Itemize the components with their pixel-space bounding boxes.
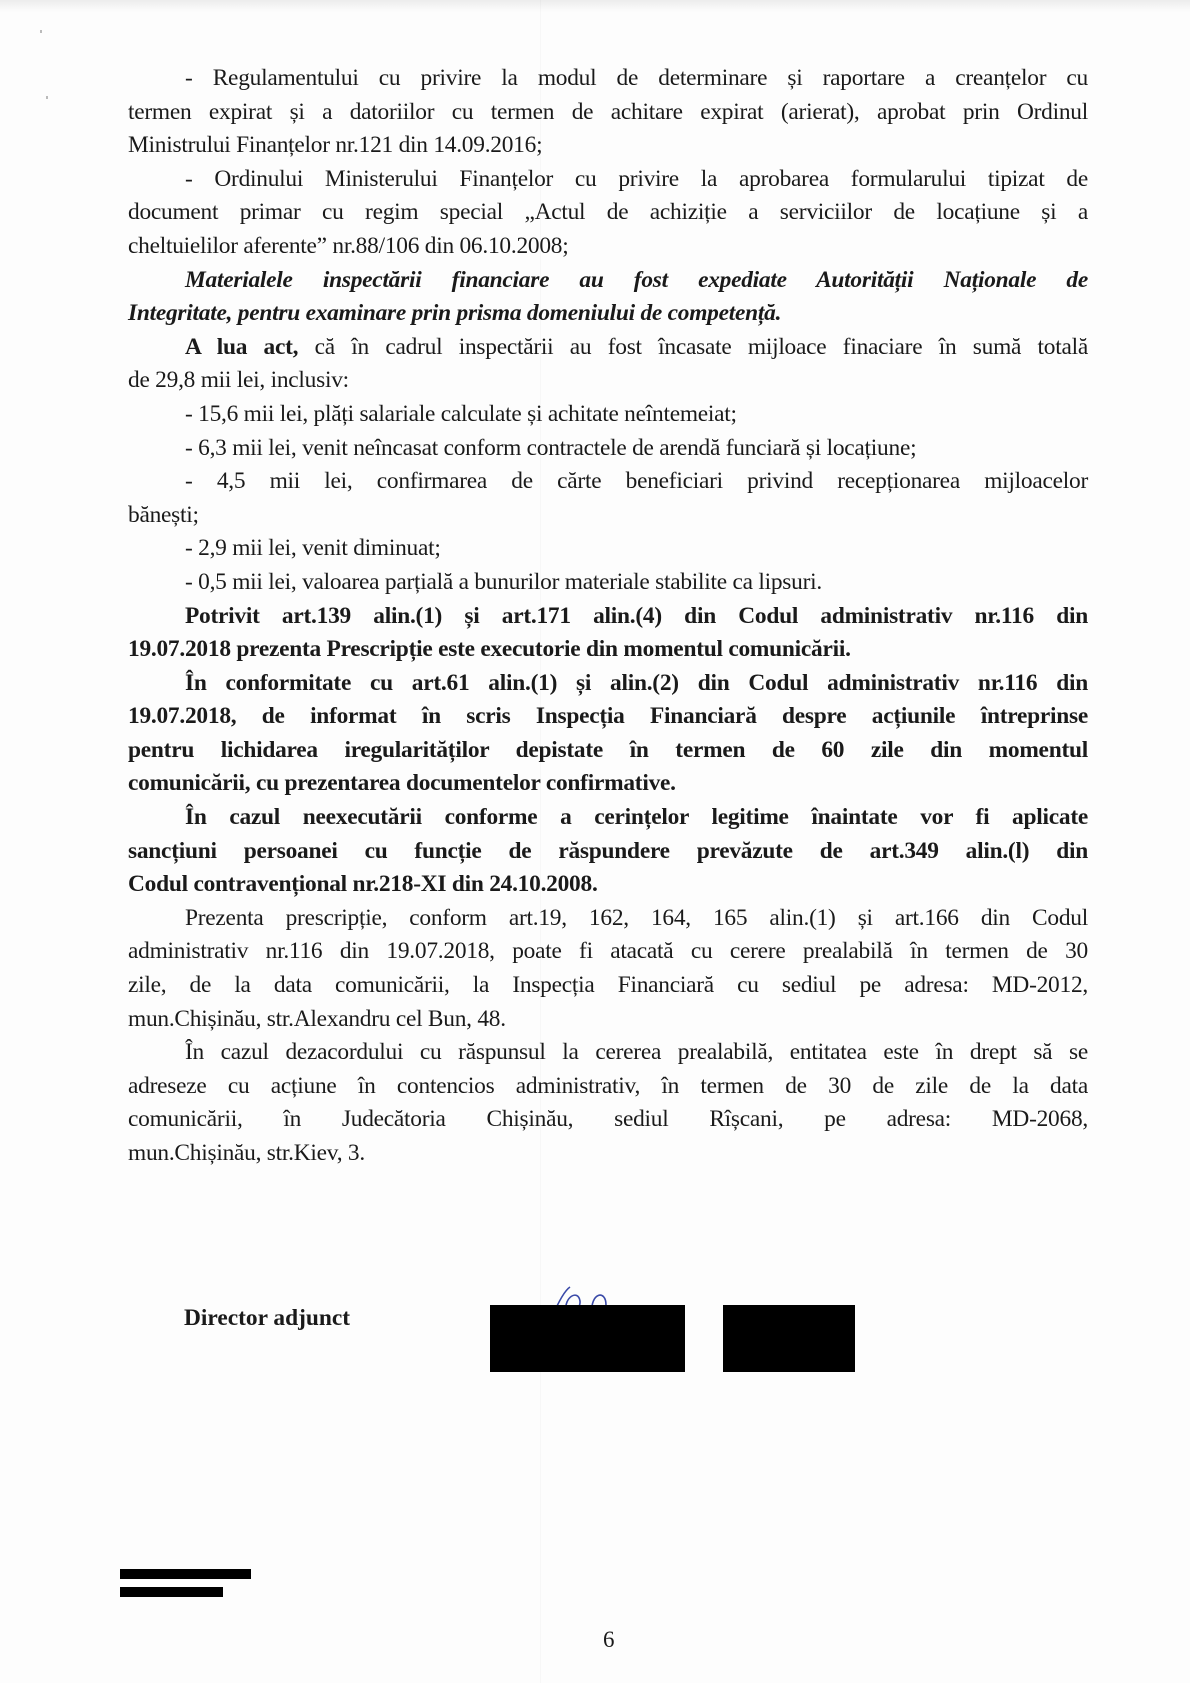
text-line: - 6,3 mii lei, venit neîncasat conform c… [128,432,1088,466]
text-line: - Ordinului Ministerului Finanțelor cu p… [128,163,1088,197]
text-line: pentru lichidarea iregularităților depis… [128,734,1088,768]
text-line: document primar cu regim special „Actul … [128,196,1088,230]
redacted-executor-phone [120,1587,223,1597]
scan-edge [0,0,1190,12]
document-body: - Regulamentului cu privire la modul de … [128,62,1088,1171]
text-line: În cazul dezacordului cu răspunsul la ce… [128,1036,1088,1070]
text-line: sancțiuni persoanei cu funcție de răspun… [128,835,1088,869]
text-line: adreseze cu acțiune în contencios admini… [128,1070,1088,1104]
bold-lead: A lua act, [185,334,298,360]
text-line: Codul contravențional nr.218-XI din 24.1… [128,868,1088,902]
page-number: 6 [603,1627,615,1653]
document-page: - Regulamentului cu privire la modul de … [0,0,1190,1683]
redacted-executor-name [120,1569,251,1579]
text-line: - 2,9 mii lei, venit diminuat; [128,532,1088,566]
text-line: mun.Chișinău, str.Alexandru cel Bun, 48. [128,1003,1088,1037]
text-line: Ministrului Finanțelor nr.121 din 14.09.… [128,129,1088,163]
text-line: - 4,5 mii lei, confirmarea de cărte bene… [128,465,1088,499]
text-line: cheltuielilor aferente” nr.88/106 din 06… [128,230,1088,264]
text-line: În cazul neexecutării conforme a cerințe… [128,801,1088,835]
signatory-title: Director adjunct [184,1305,350,1331]
redacted-signer-surname [723,1305,855,1372]
text-line: de 29,8 mii lei, inclusiv: [128,364,1088,398]
text-line: administrativ nr.116 din 19.07.2018, poa… [128,935,1088,969]
scan-speck [40,30,42,33]
text-line: zile, de la data comunicării, la Inspecț… [128,969,1088,1003]
text-line: comunicării, în Judecătoria Chișinău, se… [128,1103,1088,1137]
text-line: În conformitate cu art.61 alin.(1) și al… [128,667,1088,701]
signature-block: Director adjunct [184,1305,350,1332]
text-line: 19.07.2018 prezenta Prescripție este exe… [128,633,1088,667]
text-line: bănești; [128,499,1088,533]
text-line: Potrivit art.139 alin.(1) și art.171 ali… [128,600,1088,634]
text-line: - Regulamentului cu privire la modul de … [128,62,1088,96]
text-line: A lua act, că în cadrul inspectării au f… [128,331,1088,365]
text-line: comunicării, cu prezentarea documentelor… [128,767,1088,801]
redacted-signer-name [490,1305,685,1372]
scan-speck [46,96,48,99]
text-line: Prezenta prescripție, conform art.19, 16… [128,902,1088,936]
text-line: - 0,5 mii lei, valoarea parțială a bunur… [128,566,1088,600]
text-line: Materialele inspectării financiare au fo… [128,264,1088,298]
text-line: 19.07.2018, de informat în scris Inspecț… [128,700,1088,734]
text-line: Integritate, pentru examinare prin prism… [128,297,1088,331]
line-text: că în cadrul inspectării au fost încasat… [298,334,1088,360]
text-line: mun.Chișinău, str.Kiev, 3. [128,1137,1088,1171]
text-line: termen expirat și a datoriilor cu termen… [128,96,1088,130]
text-line: - 15,6 mii lei, plăți salariale calculat… [128,398,1088,432]
